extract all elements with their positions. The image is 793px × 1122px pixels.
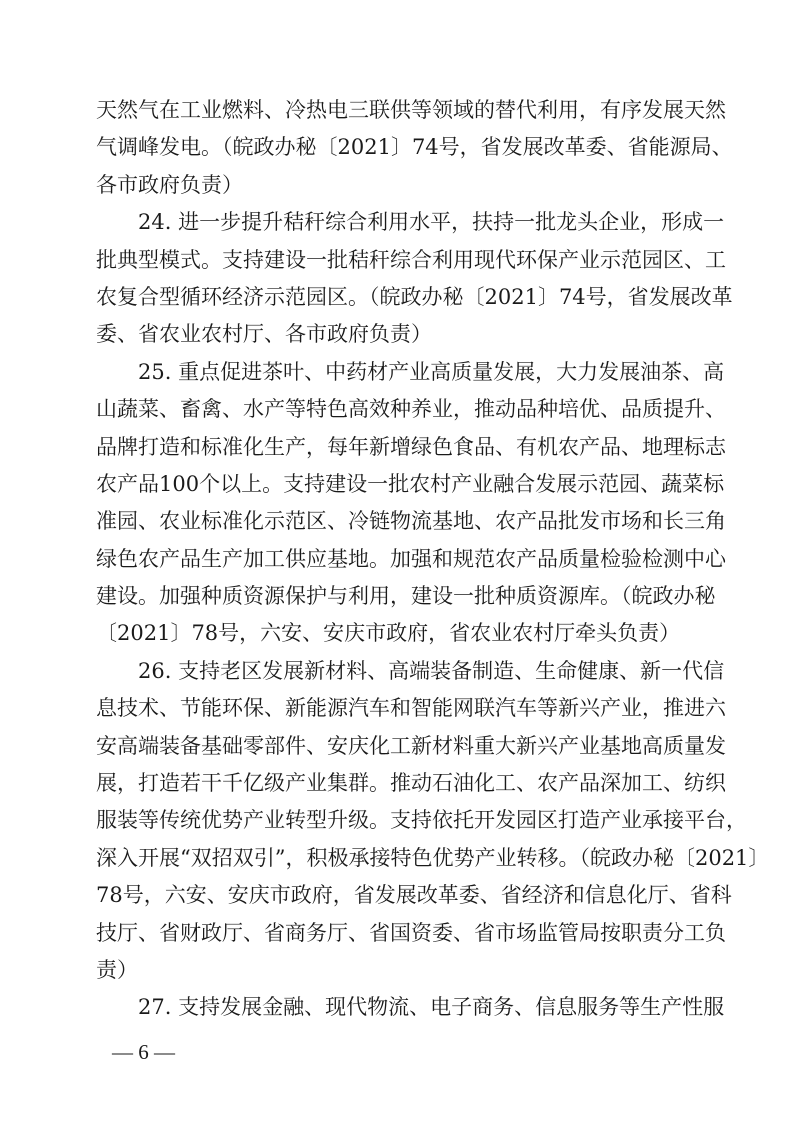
text-line: 26. 支持老区发展新材料、高端装备制造、生命健康、新一代信 — [96, 653, 700, 690]
text-line: 天然气在工业燃料、冷热电三联供等领域的替代利用，有序发展天然 — [96, 92, 700, 129]
text-line: 准园、农业标准化示范区、冷链物流基地、农产品批发市场和长三角 — [96, 503, 700, 540]
text-line: 委、省农业农村厅、各市政府负责） — [96, 316, 700, 353]
text-line: 深入开展“双招双引”，积极承接特色优势产业转移。（皖政办秘〔2021〕 — [96, 840, 700, 877]
text-line: 农产品100个以上。支持建设一批农村产业融合发展示范园、蔬菜标 — [96, 466, 700, 503]
paragraph-item-24: 24. 进一步提升秸秆综合利用水平，扶持一批龙头企业，形成一 批典型模式。支持建… — [96, 204, 700, 354]
text-line: 建设。加强种质资源保护与利用，建设一批种质资源库。（皖政办秘 — [96, 578, 700, 615]
page-number: — 6 — — [112, 1040, 175, 1064]
text-line: 78号，六安、安庆市政府，省发展改革委、省经济和信息化厅、省科 — [96, 877, 700, 914]
text-line: 批典型模式。支持建设一批秸秆综合利用现代环保产业示范园区、工 — [96, 242, 700, 279]
text-line: 各市政府负责） — [96, 167, 700, 204]
text-line: 气调峰发电。（皖政办秘〔2021〕74号，省发展改革委、省能源局、 — [96, 129, 700, 166]
text-line: 绿色农产品生产加工供应基地。加强和规范农产品质量检验检测中心 — [96, 541, 700, 578]
text-line: 安高端装备基础零部件、安庆化工新材料重大新兴产业基地高质量发 — [96, 728, 700, 765]
paragraph-item-27: 27. 支持发展金融、现代物流、电子商务、信息服务等生产性服 — [96, 989, 700, 1026]
document-page: 天然气在工业燃料、冷热电三联供等领域的替代利用，有序发展天然 气调峰发电。（皖政… — [0, 0, 793, 1122]
text-line: 24. 进一步提升秸秆综合利用水平，扶持一批龙头企业，形成一 — [96, 204, 700, 241]
paragraph-item-25: 25. 重点促进茶叶、中药材产业高质量发展，大力发展油茶、高 山蔬菜、畜禽、水产… — [96, 354, 700, 653]
text-line: 山蔬菜、畜禽、水产等特色高效种养业，推动品种培优、品质提升、 — [96, 391, 700, 428]
text-line: 展，打造若干千亿级产业集群。推动石油化工、农产品深加工、纺织 — [96, 765, 700, 802]
text-line: 〔2021〕78号，六安、安庆市政府，省农业农村厅牵头负责） — [96, 615, 700, 652]
document-body: 天然气在工业燃料、冷热电三联供等领域的替代利用，有序发展天然 气调峰发电。（皖政… — [96, 92, 700, 1027]
text-line: 25. 重点促进茶叶、中药材产业高质量发展，大力发展油茶、高 — [96, 354, 700, 391]
text-line: 责） — [96, 952, 700, 989]
text-line: 27. 支持发展金融、现代物流、电子商务、信息服务等生产性服 — [96, 989, 700, 1026]
text-line: 息技术、节能环保、新能源汽车和智能网联汽车等新兴产业，推进六 — [96, 690, 700, 727]
text-line: 技厅、省财政厅、省商务厅、省国资委、省市场监管局按职责分工负 — [96, 915, 700, 952]
paragraph-item-26: 26. 支持老区发展新材料、高端装备制造、生命健康、新一代信 息技术、节能环保、… — [96, 653, 700, 990]
text-line: 服装等传统优势产业转型升级。支持依托开发园区打造产业承接平台， — [96, 802, 700, 839]
paragraph-item-23-continuation: 天然气在工业燃料、冷热电三联供等领域的替代利用，有序发展天然 气调峰发电。（皖政… — [96, 92, 700, 204]
text-line: 品牌打造和标准化生产，每年新增绿色食品、有机农产品、地理标志 — [96, 429, 700, 466]
text-line: 农复合型循环经济示范园区。（皖政办秘〔2021〕74号，省发展改革 — [96, 279, 700, 316]
